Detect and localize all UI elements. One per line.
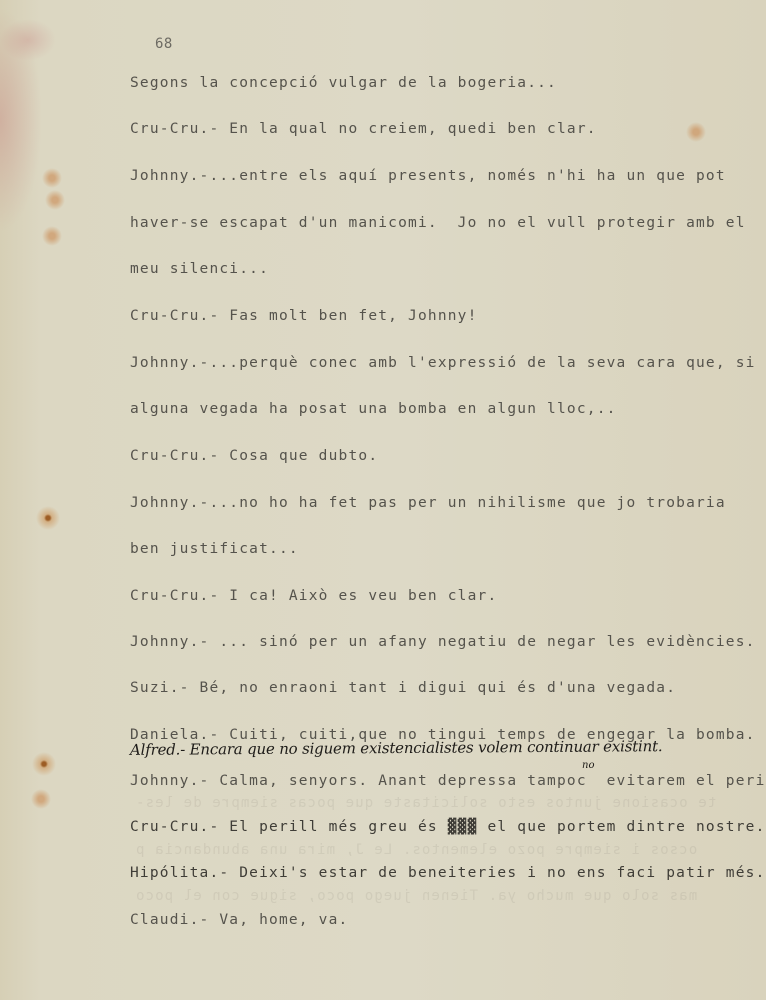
text-line: Cru-Cru.- Cosa que dubto. (130, 448, 378, 464)
text-line: Cru-Cru.- Fas molt ben fet, Johnny! (130, 308, 478, 324)
text-line: meu silenci... (130, 261, 269, 277)
text-line: ben justificat... (130, 541, 299, 557)
rust-stain (42, 226, 62, 246)
text-line: Suzi.- Bé, no enraoni tant i digui qui é… (130, 680, 676, 696)
text-line: Johnny.-...perquè conec amb l'expressió … (130, 355, 756, 371)
text-line: Johnny.-...no ho ha fet pas per un nihil… (130, 495, 726, 511)
text-line: Claudi.- Va, home, va. (130, 912, 348, 928)
bleed-through-text: mas solo que mucho ya. Tienen juego poco… (135, 888, 697, 904)
rust-stain (686, 122, 706, 142)
handwritten-insert: Alfred.- Encara que no siguem existencia… (130, 737, 663, 759)
typewritten-page: 68 Segons la concepció vulgar de la boge… (0, 0, 766, 1000)
text-line: Cru-Cru.- I ca! Això es veu ben clar. (130, 588, 497, 604)
rust-stain (31, 789, 51, 809)
handwritten-correction: no (582, 760, 594, 771)
rust-stain (42, 168, 62, 188)
text-line: Segons la concepció vulgar de la bogeria… (130, 75, 557, 91)
text-line: Johnny.- Calma, senyors. Anant depressa … (130, 773, 766, 789)
rust-stain (32, 752, 56, 776)
rust-stain (36, 506, 60, 530)
text-line: Johnny.-...entre els aquí presents, nomé… (130, 168, 726, 184)
bleed-through-text: te ocasione juntos esto solicitaste que … (135, 795, 716, 811)
text-line: alguna vegada ha posat una bomba en algu… (130, 401, 617, 417)
text-line: Hipólita.- Deixi's estar de beneiteries … (130, 865, 766, 881)
rust-stain (45, 190, 65, 210)
text-line: Johnny.- ... sinó per un afany negatiu d… (130, 634, 756, 650)
text-line: haver-se escapat d'un manicomi. Jo no el… (130, 215, 746, 231)
text-line: Cru-Cru.- En la qual no creiem, quedi be… (130, 121, 597, 137)
text-line: Cru-Cru.- El perill més greu és ▓▓▓ el q… (130, 819, 766, 835)
bleed-through-text: ocsos i siempre pozo elementos. Le J, mi… (135, 842, 697, 858)
page-number: 68 (155, 36, 173, 52)
